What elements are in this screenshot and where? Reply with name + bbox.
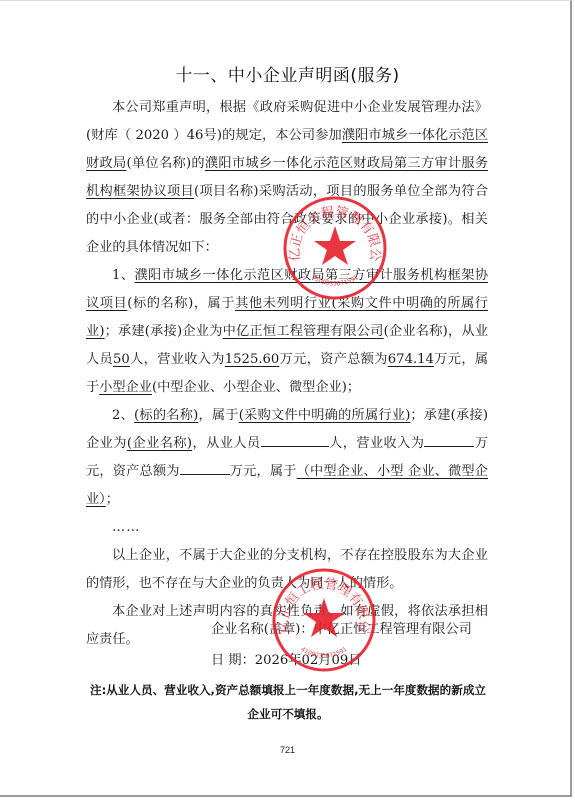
- page-number: 721: [0, 745, 575, 755]
- text: ；: [106, 492, 119, 507]
- text: 人，营业收入为: [130, 352, 225, 367]
- text: 人，营业收入为: [329, 436, 425, 451]
- text: ，属于: [198, 408, 239, 423]
- footnote: 注:从业人员、营业收入,资产总额填报上一年度数据,无上一年度数据的新成立 企业可…: [86, 678, 490, 726]
- document-page: 十一、中小企业声明函(服务) 本公司郑重声明，根据《政府采购促进中小企业发展管理…: [0, 0, 572, 797]
- text: 万元，资产总额为: [279, 352, 387, 367]
- item-2: 2、(标的名称)，属于(采购文件中明确的所属行业)；承建(承接)企业为(企业名称…: [86, 402, 488, 514]
- date-label: 日 期：: [211, 653, 255, 668]
- item2-industry: (采购文件中明确的所属行业): [239, 408, 411, 423]
- document-body: 本公司郑重声明，根据《政府采购促进中小企业发展管理办法》(财库（ 2020 ）4…: [86, 94, 488, 654]
- paragraph-declaration: 本公司郑重声明，根据《政府采购促进中小企业发展管理办法》(财库（ 2020 ）4…: [86, 94, 488, 262]
- item2-revenue-blank: [424, 432, 474, 447]
- text: 2、: [112, 408, 134, 423]
- text: 万元，属于: [230, 464, 297, 479]
- text: 1、: [112, 268, 134, 283]
- footnote-line-2: 企业可不填报。: [86, 702, 490, 726]
- paragraph-not-large-enterprise: 以上企业，不属于大企业的分支机构，不存在控股股东为大企业的情形，也不存在与大企业…: [86, 542, 488, 598]
- text: (标的名称)，属于: [127, 296, 235, 311]
- text: ……: [112, 520, 140, 535]
- item2-subject: (标的名称): [134, 408, 198, 423]
- item2-company: (企业名称): [127, 436, 192, 451]
- item1-assets: 674.14: [388, 352, 434, 367]
- text: (单位名称)的: [127, 156, 205, 171]
- date-value: 2026年02月09日: [255, 653, 362, 668]
- text: ，从业人员: [192, 436, 261, 451]
- item1-size: 小型企业: [99, 380, 152, 395]
- page-title: 十一、中小企业声明函(服务): [0, 61, 575, 86]
- signature-date-line: 日 期：2026年02月09日: [211, 649, 361, 668]
- ellipsis: ……: [86, 514, 488, 542]
- item2-staff-blank: [261, 432, 329, 447]
- text: (中型企业、小型企业、微型企业)；: [152, 380, 360, 395]
- item-1: 1、濮阳市城乡一体化示范区财政局第三方审计服务机构框架协议项目(标的名称)，属于…: [86, 262, 488, 402]
- signature-company-line: 企业名称(盖章)：中亿正恒工程管理有限公司: [211, 618, 472, 637]
- footnote-line-1: 注:从业人员、营业收入,资产总额填报上一年度数据,无上一年度数据的新成立: [86, 678, 490, 702]
- company-value: 中亿正恒工程管理有限公司: [314, 622, 472, 637]
- company-label: 企业名称(盖章)：: [211, 622, 314, 637]
- item2-assets-blank: [180, 460, 230, 475]
- item1-staff: 50: [113, 352, 130, 367]
- text: ；承建(承接)企业为: [105, 324, 223, 339]
- item1-company: 中亿正恒工程管理有限公司: [223, 324, 384, 339]
- item1-revenue: 1525.60: [225, 352, 280, 367]
